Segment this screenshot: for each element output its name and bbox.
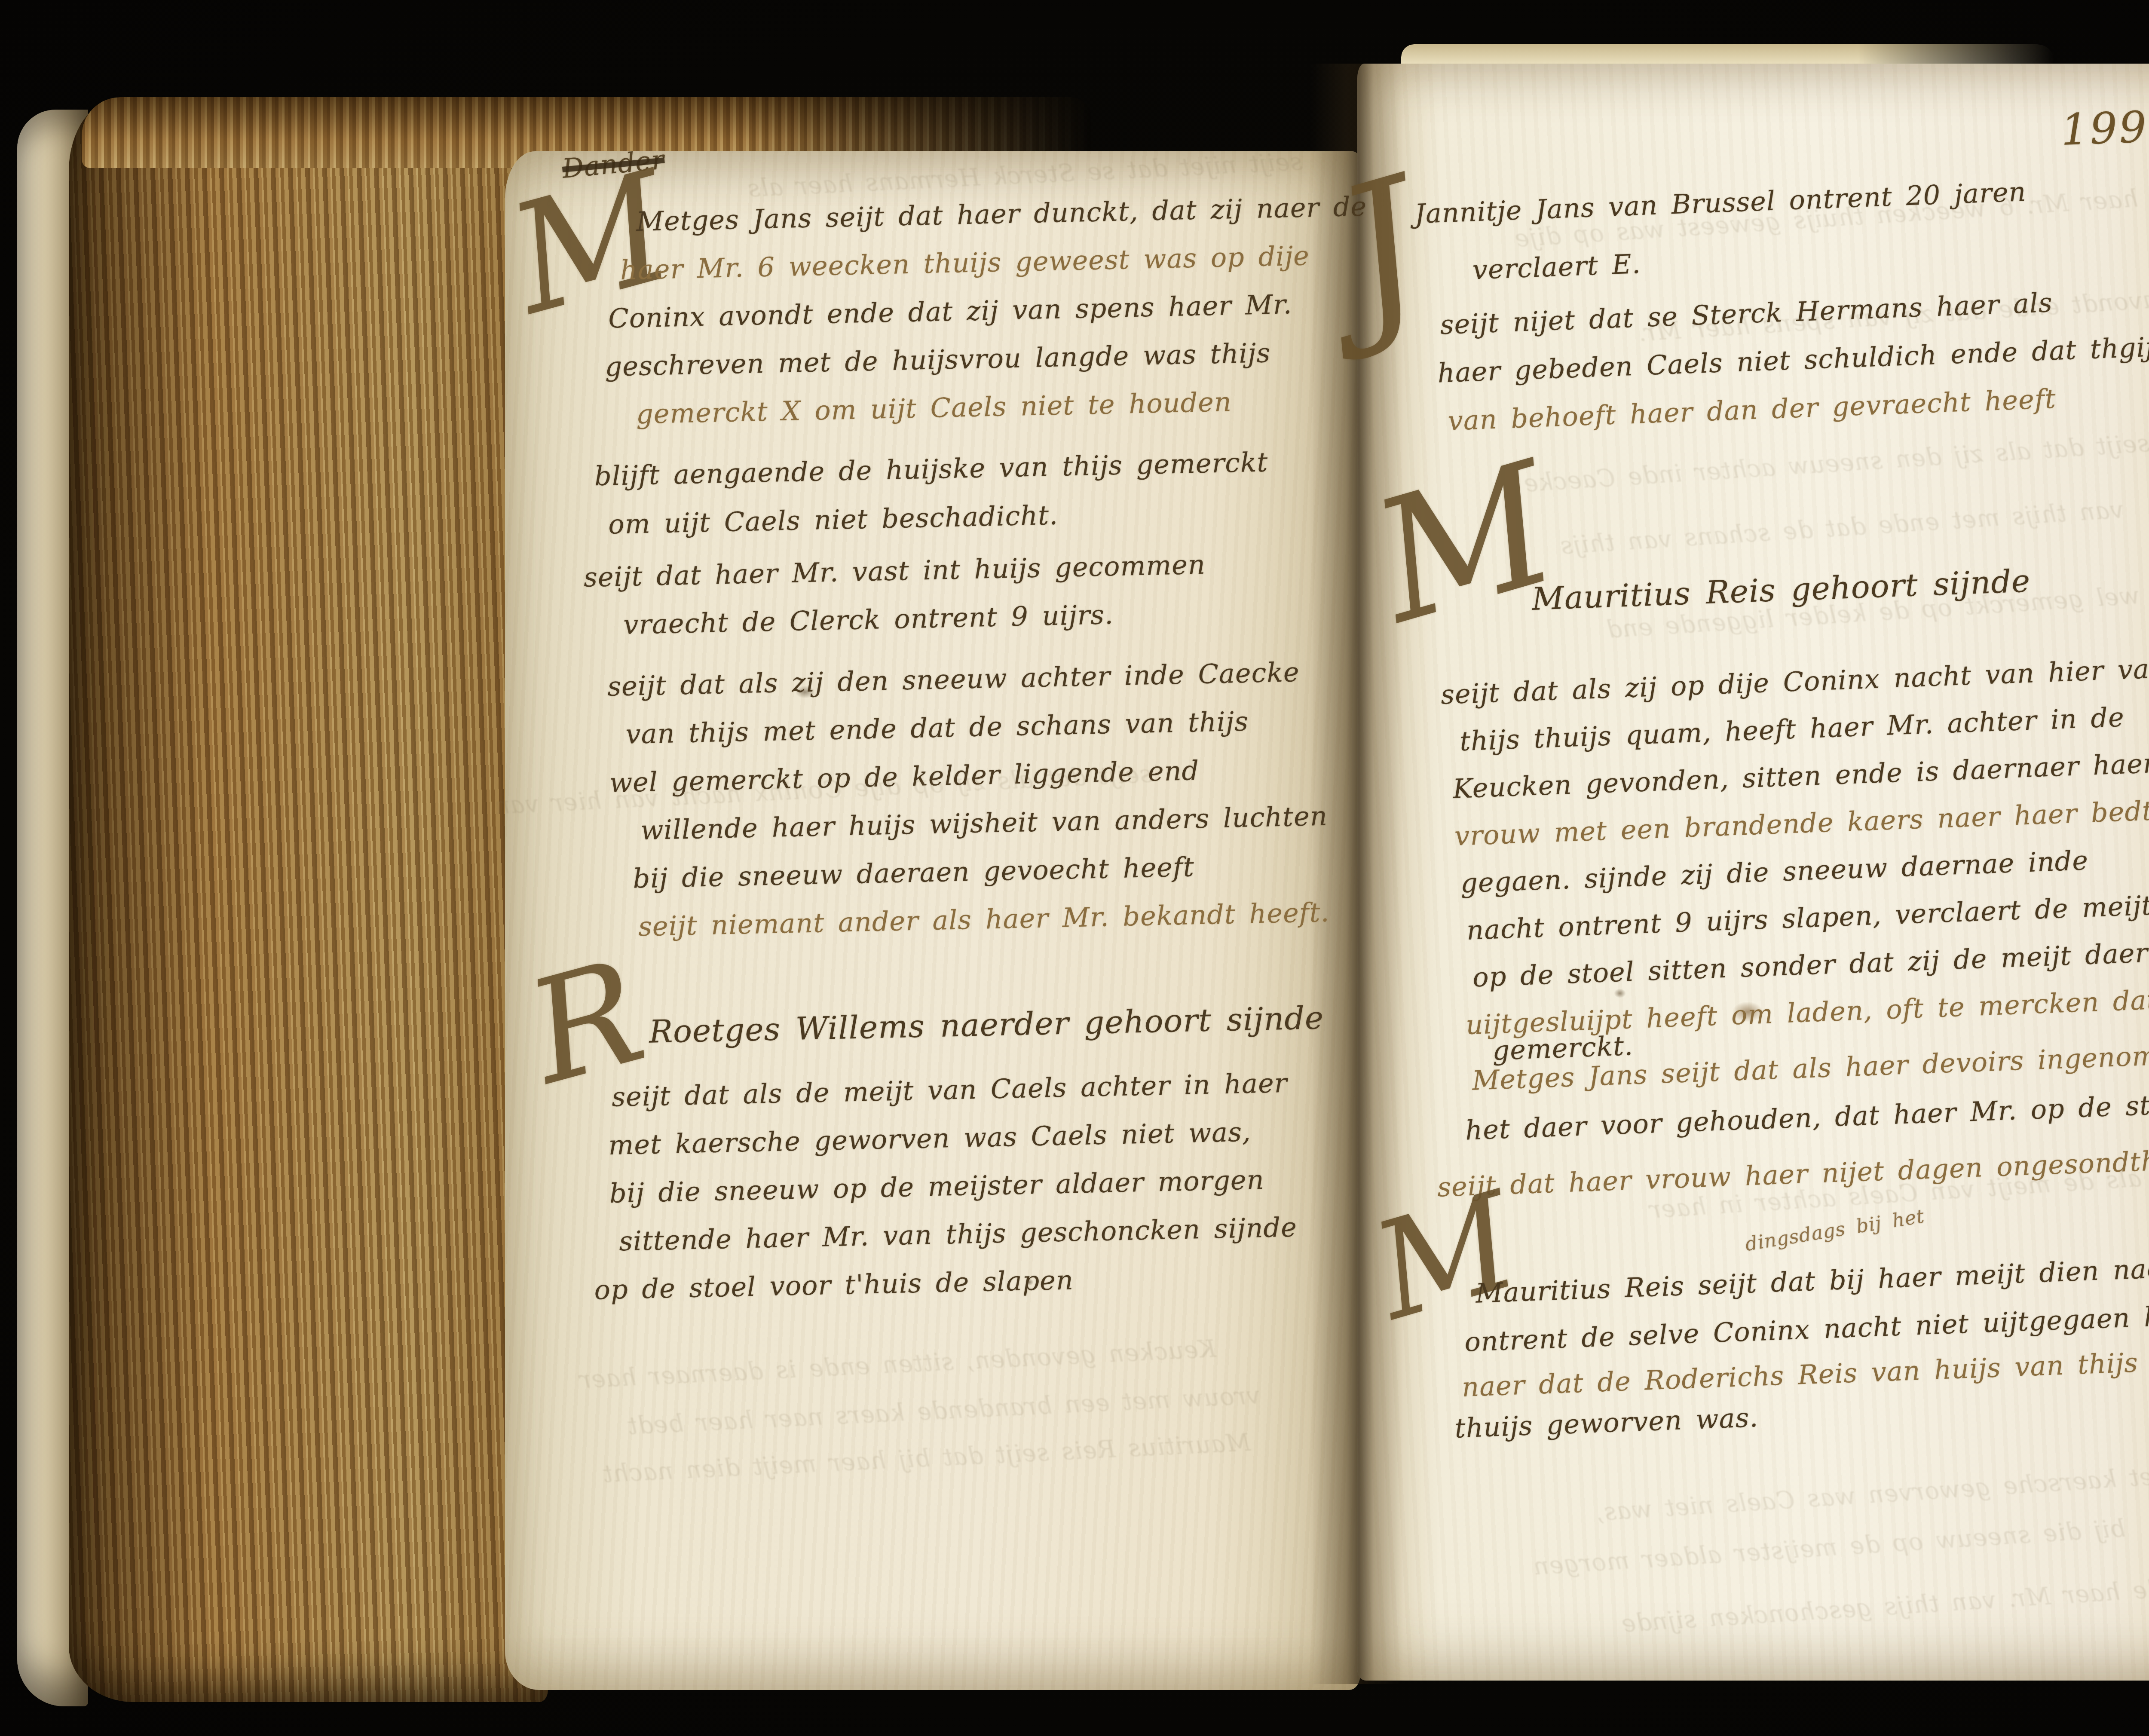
text-line: Mauritius Reis seijt dat bij haer meijt … [1475, 1252, 2149, 1309]
text-line: om uijt Caels niet beschadicht. [608, 499, 1059, 540]
text-line: Metges Jans seijt dat haer dunckt, dat z… [636, 190, 1367, 237]
section-heading: Roetges Willems naerder gehoort sijnde [649, 1000, 1324, 1050]
text-line: ontrent de selve Coninx nacht niet uijtg… [1464, 1299, 2149, 1358]
page-number: 199 [2060, 102, 2149, 155]
text-line: vrouw met een brandende kaers naer haer … [1454, 795, 2149, 852]
bleed-through-line: sittende haer Mr. van thijs geschoncken … [1620, 1571, 2149, 1638]
text-line: seijt dat als de meijt van Caels achter … [611, 1067, 1288, 1113]
text-line: sittende haer Mr. van thijs geschoncken … [619, 1211, 1298, 1257]
bleed-through-line: Keucken gevonden, sitten ende is daernae… [579, 1335, 1217, 1394]
text-line: seijt dat als zij den sneeuw achter inde… [607, 656, 1300, 702]
text-line: op de stoel voor t'huis de slapen [594, 1264, 1074, 1305]
bleed-through-line: vrouw met een brandende kaers naer haer … [627, 1381, 1261, 1440]
text-line: met kaersche geworven was Caels niet was… [608, 1116, 1251, 1161]
left-page-text: Dander M Metges Jans seijt dat haer dunc… [488, 120, 1377, 1728]
text-line: thijs thuijs quam, heeft haer Mr. achter… [1459, 701, 2125, 757]
text-line: nacht ontrent 9 uijrs slapen, verclaert … [1466, 889, 2149, 946]
flourished-initial: R [520, 954, 652, 1091]
bleed-through-line: seijt dat als zij den sneeuw achter inde… [1522, 429, 2149, 498]
text-line: haer gebeden Caels niet schuldich ende d… [1437, 331, 2149, 389]
text-line: vraecht de Clerck ontrent 9 uijrs. [623, 599, 1114, 640]
bleed-through-line: met kaersche geworven was Caels niet was… [1595, 1461, 2149, 1526]
text-line: bij die sneeuw op de meijster aldaer mor… [609, 1164, 1264, 1209]
text-line: geschreven met de huijsvrou langde was t… [605, 337, 1271, 382]
text-line: gemerckt X om uijt Caels niet te houden [636, 386, 1232, 430]
text-line: bij die sneeuw daeraen gevoecht heeft [633, 851, 1195, 894]
text-line: van behoeft haer dan der gevraecht heeft [1447, 383, 2056, 437]
text-line: van thijs met ende dat de schans van thi… [625, 706, 1249, 750]
text-line: seijt dat haer Mr. vast int huijs gecomm… [583, 549, 1206, 593]
bleed-through-line: Mauritius Reis seijt dat bij haer meijt … [602, 1429, 1251, 1488]
text-line: op de stoel sitten sonder dat zij de mei… [1472, 935, 2149, 993]
text-line: gegaen. sijnde zij die sneeuw daernae in… [1460, 845, 2089, 899]
page-edge-stack-left [69, 98, 548, 1702]
text-line: blijft aengaende de huijske van thijs ge… [594, 446, 1268, 492]
right-page-text: 199 J Jannitje Jans van Brussel ontrent … [1328, 47, 2149, 1700]
manuscript-book-photo: Dander M Metges Jans seijt dat haer dunc… [0, 0, 2149, 1736]
text-line: Keucken gevonden, sitten ende is daernae… [1452, 747, 2149, 805]
text-line: thuijs geworven was. [1454, 1402, 1759, 1444]
text-line: seijt dat als zij op dije Coninx nacht v… [1440, 652, 2149, 710]
flourished-initial: J [1326, 171, 1436, 330]
flourished-initial: M [501, 165, 681, 321]
text-line: verclaert E. [1472, 248, 1641, 285]
text-line: haer Mr. 6 weecken thuijs geweest was op… [620, 240, 1310, 286]
text-line: seijt niemant ander als haer Mr. bekandt… [638, 897, 1330, 943]
bleed-through-line: van thijs met ende dat de schans van thi… [1559, 496, 2125, 560]
text-line: naer dat de Roderichs Reis van huijs van… [1461, 1347, 2139, 1403]
text-line: Coninx avondt ende dat zij van spens hae… [608, 288, 1293, 334]
text-line: het daer voor gehouden, dat haer Mr. op … [1465, 1085, 2149, 1146]
